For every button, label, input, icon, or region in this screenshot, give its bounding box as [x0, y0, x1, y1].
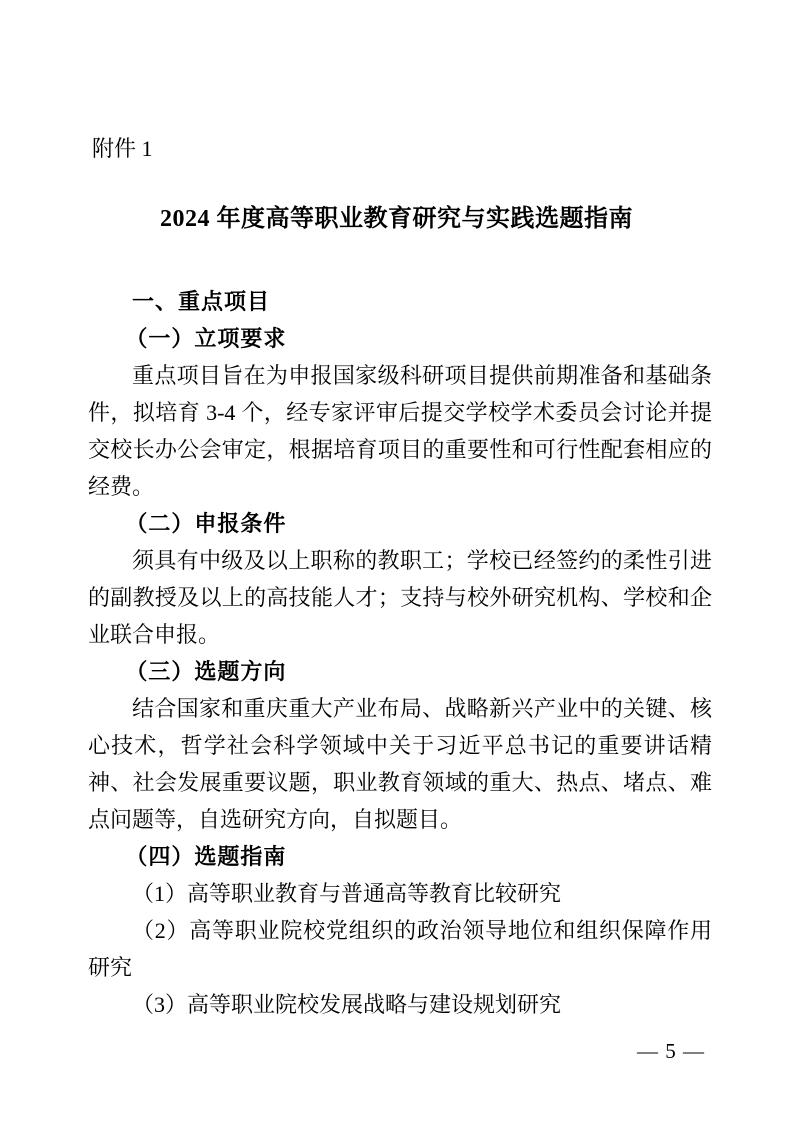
topic-list-item-1: （1）高等职业教育与普通高等教育比较研究 [88, 875, 712, 912]
paragraph-topic-direction: 结合国家和重庆重大产业布局、战略新兴产业中的关键、核心技术，哲学社会科学领域中关… [88, 690, 712, 838]
subsection-heading-application-conditions: （二）申报条件 [88, 505, 712, 542]
topic-list-item-2: （2）高等职业院校党组织的政治领导地位和组织保障作用研究 [88, 912, 712, 986]
document-title: 2024 年度高等职业教育研究与实践选题指南 [0, 203, 793, 235]
page-number: — 5 — [637, 1036, 705, 1066]
topic-list-item-3: （3）高等职业院校发展战略与建设规划研究 [88, 986, 712, 1023]
paragraph-application-conditions: 须具有中级及以上职称的教职工；学校已经签约的柔性引进的副教授及以上的高技能人才；… [88, 542, 712, 653]
subsection-heading-topic-direction: （三）选题方向 [88, 653, 712, 690]
attachment-label: 附件 1 [92, 134, 153, 164]
paragraph-project-requirements: 重点项目旨在为申报国家级科研项目提供前期准备和基础条件，拟培育 3-4 个，经专… [88, 357, 712, 505]
document-page: 附件 1 2024 年度高等职业教育研究与实践选题指南 一、重点项目 （一）立项… [0, 0, 793, 1122]
document-body: 一、重点项目 （一）立项要求 重点项目旨在为申报国家级科研项目提供前期准备和基础… [88, 283, 712, 1023]
subsection-heading-project-requirements: （一）立项要求 [88, 320, 712, 357]
subsection-heading-topic-guide: （四）选题指南 [88, 838, 712, 875]
chapter-heading-key-projects: 一、重点项目 [88, 283, 712, 320]
